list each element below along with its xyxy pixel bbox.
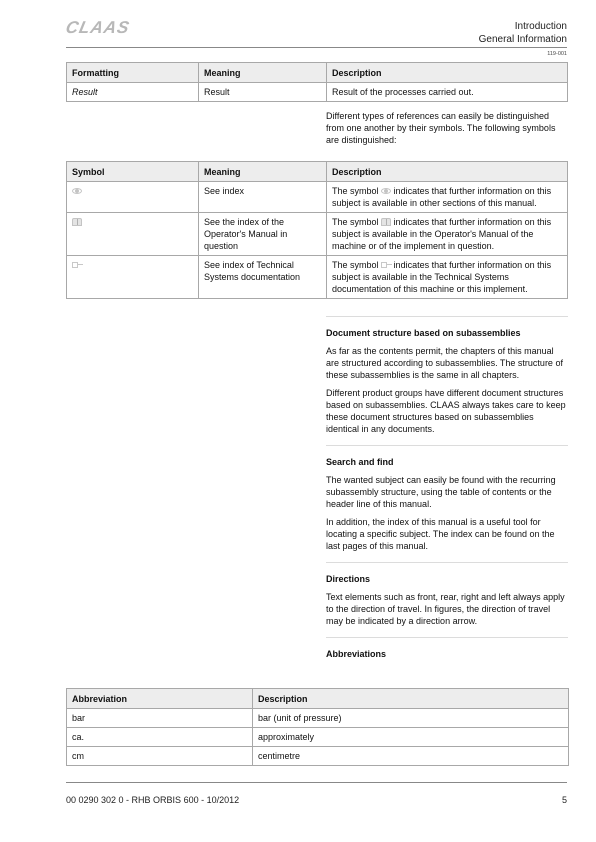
section-heading: Abbreviations [326,648,568,660]
table-cell: See index of Technical Systems documenta… [199,256,327,299]
table-cell: See index [199,182,327,213]
table-cell [67,182,199,213]
section-document-structure: Document structure based on subassemblie… [326,317,568,435]
paragraph: As far as the contents permit, the chapt… [326,345,568,381]
section-heading: Directions [326,573,568,585]
table-cell: ca. [67,728,253,747]
column-header: Abbreviation [67,689,253,709]
running-header: Introduction General Information [479,20,567,46]
column-header: Formatting [67,63,199,83]
table-cell [67,256,199,299]
claas-logo: CLAAS [64,18,132,38]
column-header: Symbol [67,162,199,182]
column-header: Meaning [199,63,327,83]
doc-id: 119-001 [547,51,567,57]
technical-systems-icon [72,261,82,269]
table-cell: cm [67,747,253,766]
section-heading: Document structure based on subassemblie… [326,327,568,339]
table-cell [67,213,199,256]
table-cell: bar [67,709,253,728]
column-header: Description [253,689,569,709]
table-row: See the index of the Operator's Manual i… [67,213,568,256]
references-intro-block: Different types of references can easily… [326,110,568,152]
desc-text: The symbol [332,260,379,270]
eye-index-icon [72,187,82,195]
header-rule [66,47,567,48]
table-row: ca. approximately [67,728,569,747]
column-header: Description [327,162,568,182]
section-title: General Information [479,33,567,46]
symbols-table: Symbol Meaning Description See index The… [66,161,568,299]
desc-text: The symbol [332,186,379,196]
paragraph: In addition, the index of this manual is… [326,516,568,552]
page-number: 5 [562,795,567,805]
sections-column: Document structure based on subassemblie… [326,316,568,666]
table-header-row: Symbol Meaning Description [67,162,568,182]
paragraph: Text elements such as front, rear, right… [326,591,568,627]
footer-doc-ref: 00 0290 302 0 - RHB ORBIS 600 - 10/2012 [66,795,239,805]
table-row: See index of Technical Systems documenta… [67,256,568,299]
technical-systems-icon [381,261,391,269]
book-icon [72,218,82,226]
eye-index-icon [381,187,391,195]
section-directions: Directions Text elements such as front, … [326,563,568,627]
table-cell: approximately [253,728,569,747]
section-heading: Search and find [326,456,568,468]
table-cell: See the index of the Operator's Manual i… [199,213,327,256]
column-header: Description [327,63,568,83]
section-search-and-find: Search and find The wanted subject can e… [326,446,568,552]
table-row: See index The symbol indicates that furt… [67,182,568,213]
desc-text: The symbol [332,217,379,227]
table-header-row: Formatting Meaning Description [67,63,568,83]
abbreviations-table: Abbreviation Description bar bar (unit o… [66,688,569,766]
table-row: Result Result Result of the processes ca… [67,83,568,102]
table-row: bar bar (unit of pressure) [67,709,569,728]
table-cell: Result [67,83,199,102]
paragraph: Different product groups have different … [326,387,568,435]
table-cell: Result of the processes carried out. [327,83,568,102]
table-header-row: Abbreviation Description [67,689,569,709]
chapter-title: Introduction [479,20,567,33]
table-cell: bar (unit of pressure) [253,709,569,728]
table-cell: centimetre [253,747,569,766]
section-abbreviations: Abbreviations [326,638,568,660]
formatting-table: Formatting Meaning Description Result Re… [66,62,568,102]
table-cell: The symbol indicates that further inform… [327,213,568,256]
table-row: cm centimetre [67,747,569,766]
table-cell: The symbol indicates that further inform… [327,182,568,213]
footer-rule [66,782,567,783]
references-intro: Different types of references can easily… [326,110,568,146]
paragraph: The wanted subject can easily be found w… [326,474,568,510]
book-icon [381,218,391,226]
table-cell: Result [199,83,327,102]
table-cell: The symbol indicates that further inform… [327,256,568,299]
column-header: Meaning [199,162,327,182]
